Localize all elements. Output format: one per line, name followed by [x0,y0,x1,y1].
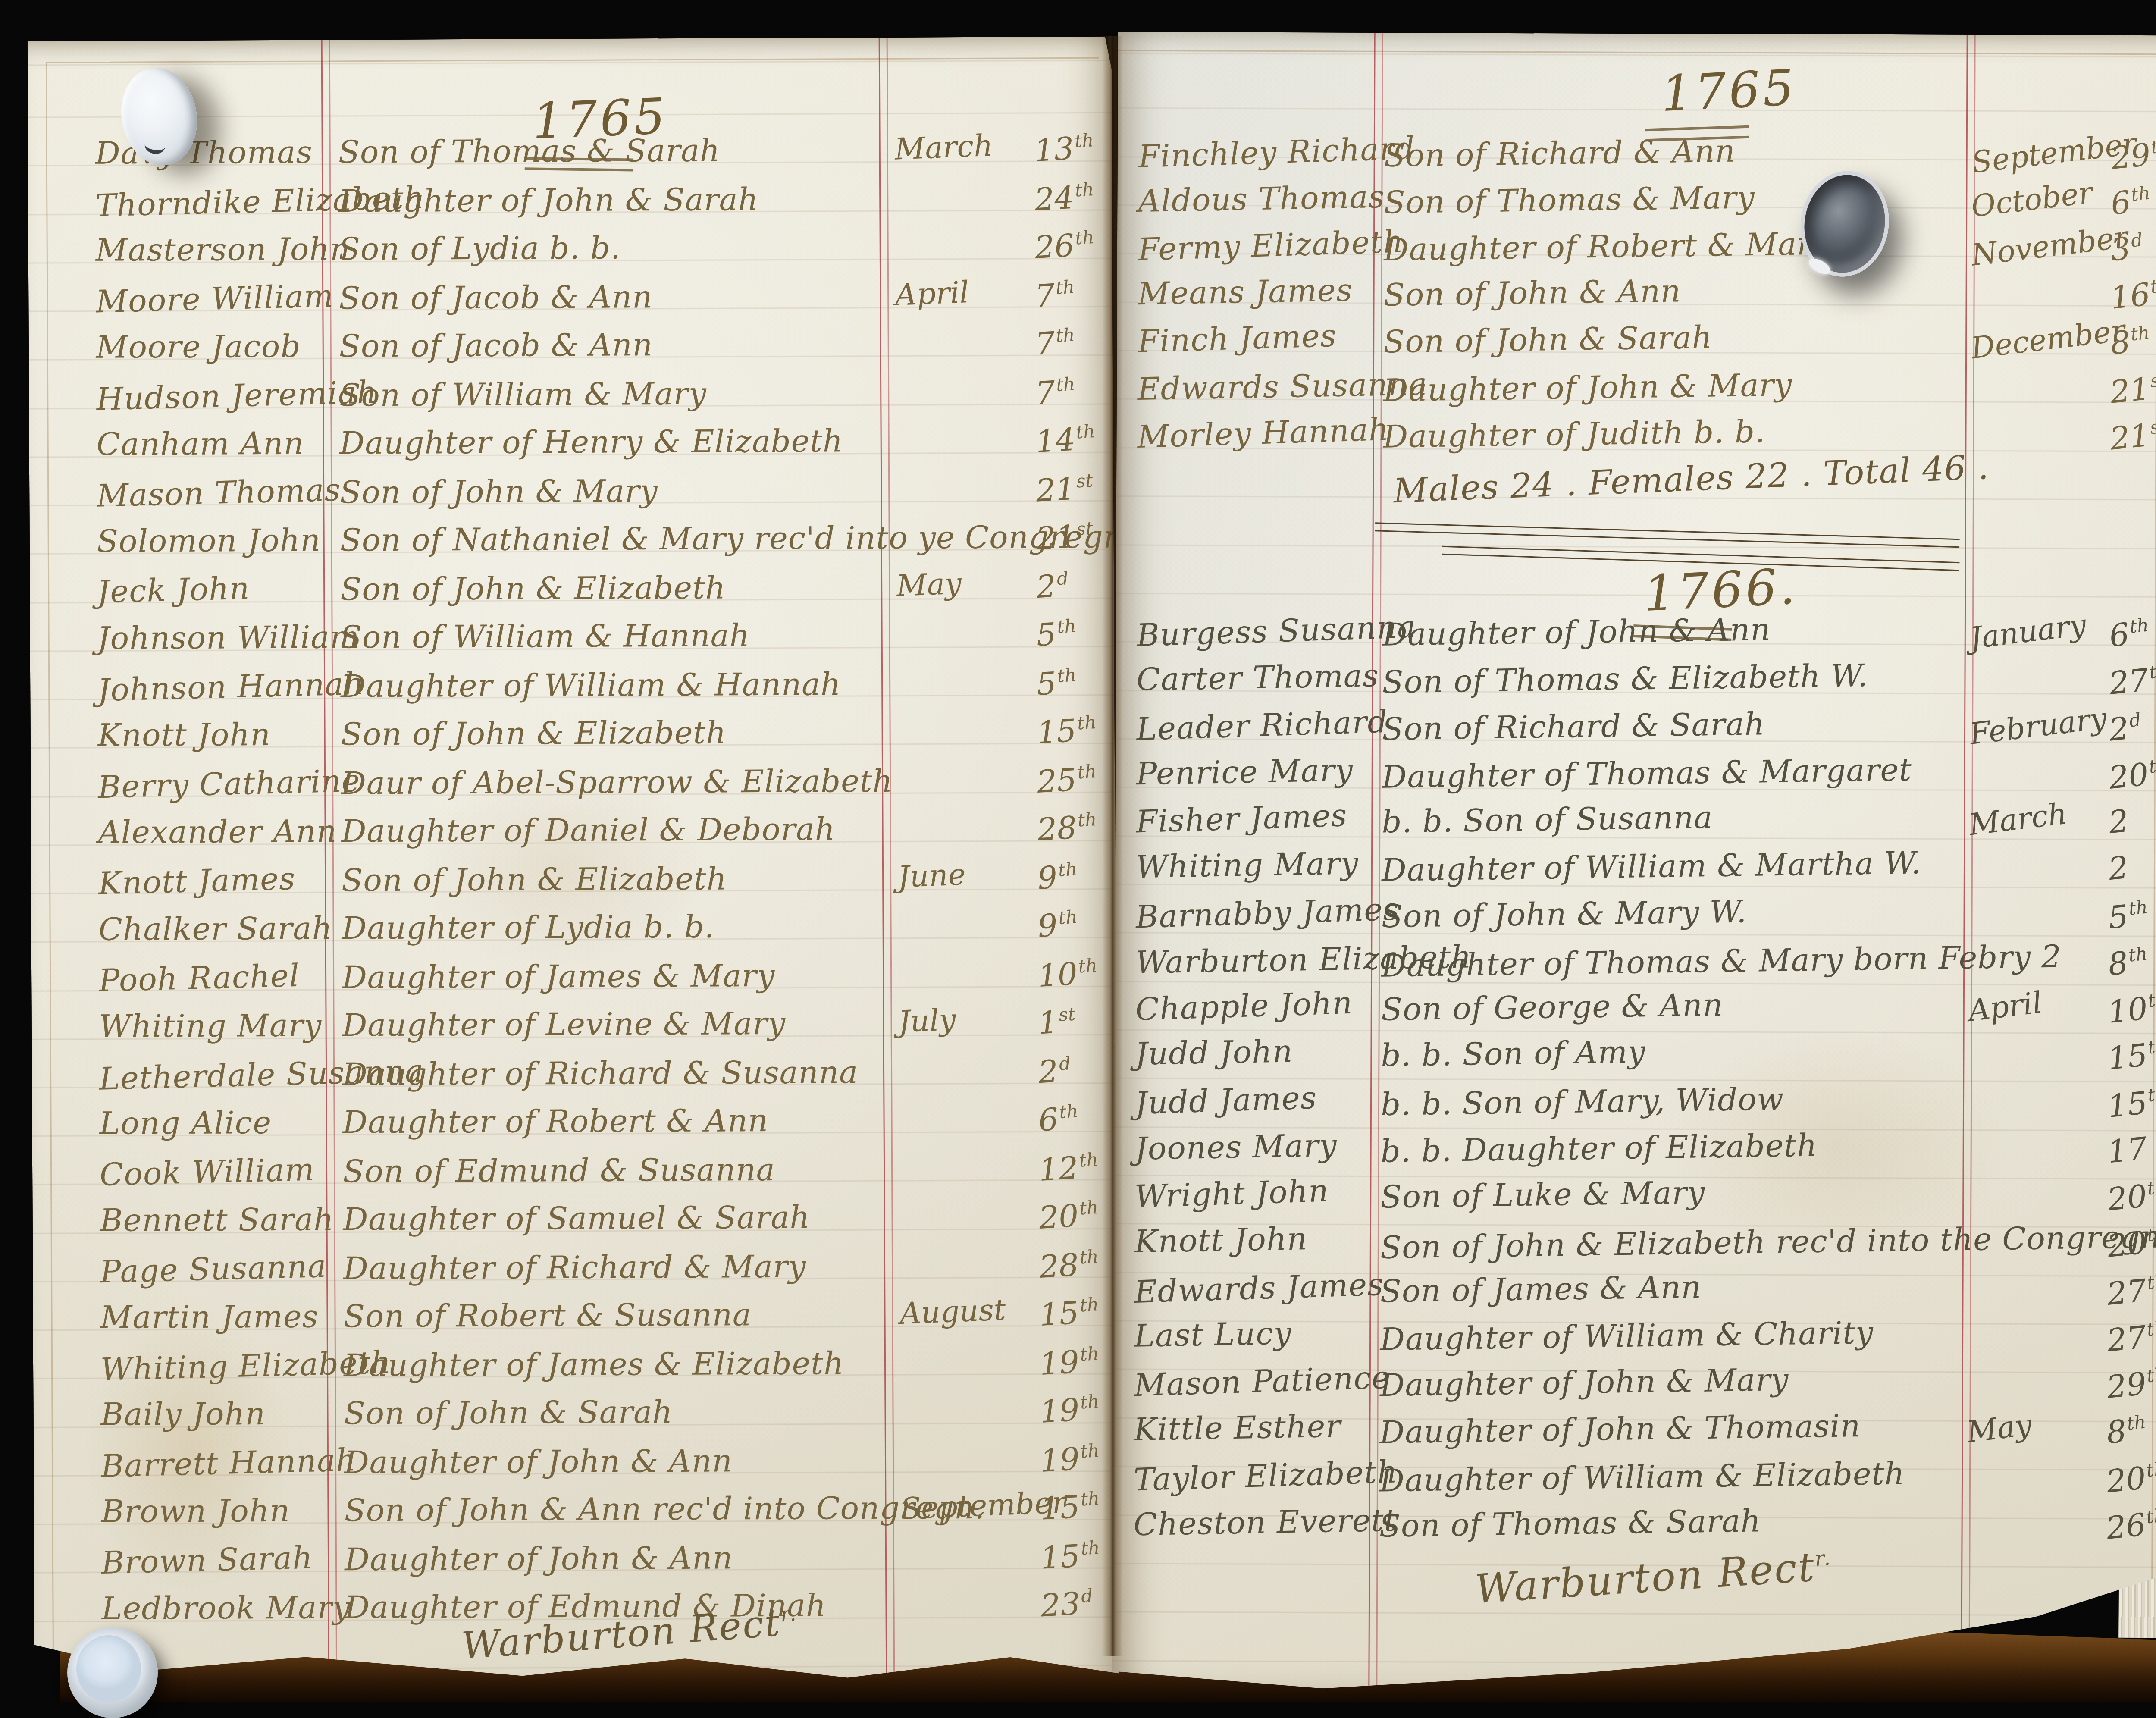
register-row: Leader Richard Son of Richard & Sarah Fe… [1116,706,2156,754]
entry-month: December [1969,315,2127,367]
register-row: Baily John Son of John & Sarah 19th [33,1392,1117,1441]
entry-name: Joones Mary [1134,1127,1338,1167]
entry-details: Son of John & Elizabeth rec'd into the C… [1380,1219,2156,1267]
register-row: Barnabby James Son of John & Mary W. 5th [1115,894,2156,942]
register-row: Alexander Ann Daughter of Daniel & Debor… [31,810,1115,859]
entry-month: April [895,276,970,313]
entry-name: Pooh Rachel [98,957,300,998]
entry-details: Son of John & Mary [340,473,658,510]
entry-name: Whiting Mary [1135,846,1359,886]
entry-name: Alexander Ann [98,813,337,850]
entry-day: 17 [2106,1130,2150,1170]
entry-day: 19th [1039,1342,1100,1382]
entry-name: Johnson Hannah [97,665,365,708]
entry-month: March [1968,798,2069,843]
entry-details: Daughter of William & Hannah [341,666,841,704]
entry-name: Taylor Elizabeth [1133,1453,1398,1498]
entry-details: Daughter of James & Mary [342,957,775,995]
register-row: Whiting Mary Daughter of William & Marth… [1115,847,2156,895]
register-row: Knott James Son of John & Elizabeth June… [31,859,1115,907]
entry-day: 24th [1034,178,1095,218]
entry-name: Barnabby James [1135,890,1400,935]
entry-day: 21st [1035,469,1094,508]
entry-name: Brown John [101,1493,290,1530]
entry-day: 6th [2108,614,2151,654]
entry-details: Daughter of John & Mary [1379,1362,1789,1404]
entry-name: Canham Ann [97,426,304,463]
entry-details: Son of John & Sarah [344,1394,673,1432]
register-row: Judd John b. b. Son of Amy 15th [1114,1035,2156,1082]
entry-day: 10th [2106,988,2156,1031]
entry-day: 5th [1036,664,1078,702]
entry-day: 2d [1037,1052,1072,1090]
entry-day: 6th [1037,1100,1079,1139]
entry-name: Solomon John [97,523,321,560]
entry-name: Moore William [95,277,334,320]
entry-name: Judd John [1135,1034,1294,1072]
entry-day: 19th [1039,1391,1100,1430]
entry-details: Son of Richard & Sarah [1382,705,1765,747]
entry-name: Mason Thomas [96,471,341,514]
entry-details: Son of Robert & Susanna [343,1297,752,1335]
register-row: Barrett Hannah Daughter of John & Ann 19… [34,1441,1118,1489]
entries-1765-left: Davy Thomas Son of Thomas & Sarah March … [28,37,1112,41]
register-photo: 1765 Davy Thomas Son of Thomas & Sarah M… [0,0,2156,1718]
entry-details: Son of John & Mary W. [1381,893,1747,934]
signature-superscript: r. [780,1601,798,1627]
register-row: Brown John Son of John & Ann rec'd into … [34,1489,1118,1538]
signature-text: Warburton Rect [1474,1544,1817,1613]
entry-details: Son of Thomas & Sarah [338,132,721,170]
entry-day: 10th [1037,954,1099,994]
register-row: Letherdale Susanna Daughter of Richard &… [32,1053,1116,1101]
register-row: Burgess Susanna Daughter of John & Ann J… [1116,613,2156,661]
rector-signature: Warburton Rectr. [1474,1543,1834,1614]
book-gutter-shadow [1102,36,1123,1656]
entry-details: Daughter of Robert & Mary [1383,226,1830,268]
entry-details: Son of Jacob & Ann [339,279,653,316]
white-cap [67,1627,158,1718]
entry-details: Daughter of Judith b. b. [1383,413,1765,455]
register-row: Means James Son of John & Ann 16th [1117,274,2156,322]
register-row: Moore Jacob Son of Jacob & Ann 7th [29,325,1113,374]
entry-month: May [896,567,962,603]
register-row: Canham Ann Daughter of Henry & Elizabeth… [29,422,1113,471]
entry-month: May [1965,1409,2034,1450]
entry-details: b. b. Son of Mary, Widow [1381,1081,1784,1122]
entry-details: Son of Jacob & Ann [339,327,653,364]
register-row: Taylor Elizabeth Daughter of William & E… [1113,1457,2156,1505]
entry-name: Ledbrook Mary [101,1589,351,1627]
entry-details: Daughter of John & Thomasin [1379,1408,1861,1452]
entry-name: Moore Jacob [96,329,301,366]
register-row: Finch James Son of John & Sarah December… [1117,321,2156,369]
entry-day: 13th [1033,129,1095,169]
entry-name: Wright John [1134,1173,1329,1215]
entry-details: Daughter of William & Martha W. [1381,845,1921,889]
entry-day: 7th [1034,276,1076,314]
entry-day: 20th [2106,1223,2156,1265]
entry-name: Chapple John [1135,985,1354,1028]
entry-day: 28th [1038,1245,1100,1285]
register-row: Mason Thomas Son of John & Mary 21st [29,470,1113,519]
register-row: Chalker Sarah Daughter of Lydia b. b. 9t… [31,907,1115,956]
entry-details: Daughter of Richard & Susanna [342,1054,858,1092]
entry-name: Morley Hannah [1137,411,1389,455]
entry-details: Daughter of John & Ann [1382,611,1771,653]
entry-name: Johnson William [97,619,360,657]
register-row: Pooh Rachel Daughter of James & Mary 10t… [31,956,1116,1004]
entry-name: Barrett Hannah [100,1442,357,1484]
entry-name: Berry Catharine [97,762,361,805]
register-row: Mason Patience Daughter of John & Mary 2… [1113,1363,2156,1411]
register-row: Knott John Son of John & Elizabeth 15th [30,713,1114,762]
register-row: Joones Mary b. b. Daughter of Elizabeth … [1114,1129,2156,1176]
entry-day: 15th [2106,1035,2156,1078]
entries-1766-right: Burgess Susanna Daughter of John & Ann J… [1118,32,2156,36]
entry-name: Last Lucy [1134,1315,1292,1354]
entry-day: 26th [1034,226,1095,266]
year-heading: 1765 [1660,59,1798,122]
entry-name: Carter Thomas [1136,658,1379,699]
entry-name: Judd James [1134,1079,1317,1121]
entry-name: Fermy Elizabeth [1138,224,1404,268]
entry-month: January [1968,609,2088,656]
entry-details: Son of Richard & Ann [1384,133,1736,174]
entry-day: 21st [2109,368,2156,410]
entry-day: 25th [1036,760,1098,800]
entry-details: Son of Edmund & Susanna [343,1151,775,1189]
entries-1765-right: Finchley Richard Son of Richard & Ann Se… [1118,32,2156,36]
entry-details: Son of Thomas & Sarah [1379,1503,1761,1544]
entry-day: 14th [1034,420,1096,460]
entry-day: 8th [2106,943,2150,983]
entry-details: Daughter of John & Sarah [338,181,758,219]
register-row: Morley Hannah Daughter of Judith b. b. 2… [1116,414,2156,462]
entry-name: Penrice Mary [1136,752,1354,792]
entry-name: Bennett Sarah [100,1201,334,1238]
entry-name: Baily John [100,1396,266,1433]
entry-details: Daughter of Henry & Elizabeth [340,423,843,461]
entry-name: Leader Richard [1136,703,1388,747]
entry-details: Daughter of Richard & Mary [343,1248,806,1286]
entry-day: 7th [1034,324,1076,363]
register-row: Aldous Thomas Son of Thomas & Mary Octob… [1117,181,2156,229]
entry-details: Son of John & Elizabeth [341,715,726,752]
entry-details: b. b. Son of Susanna [1382,799,1713,840]
register-row: Carter Thomas Son of Thomas & Elizabeth … [1116,660,2156,708]
left-page: 1765 Davy Thomas Son of Thomas & Sarah M… [28,37,1119,1695]
entry-day: 15th [1040,1536,1101,1576]
register-row: Finchley Richard Son of Richard & Ann Se… [1118,134,2156,182]
entry-day: 6th [2109,182,2153,223]
entry-name: Burgess Susanna [1136,609,1417,654]
entry-details: Son of John & Ann [1383,273,1681,314]
entry-details: Son of John & Ann rec'd into Congregn. [344,1490,985,1529]
entry-details: b. b. Son of Amy [1381,1034,1646,1074]
entry-name: Knott James [98,860,296,902]
register-row: Brown Sarah Daughter of John & Ann 15th [34,1538,1118,1586]
entry-details: Daughter of Lydia b. b. [342,909,714,947]
entry-name: Whiting Mary [99,1008,322,1045]
entry-month: November [1970,222,2130,274]
entry-day: 20th [2105,1458,2156,1500]
entry-name: Aldous Thomas [1138,179,1385,219]
entry-day: 8th [2105,1411,2148,1452]
entry-details: Son of Thomas & Mary [1384,180,1755,221]
entry-details: Son of John & Elizabeth [342,860,727,898]
entry-details: Son of Lydia b. b. [339,230,621,268]
register-row: Berry Catharine Daur of Abel-Sparrow & E… [31,762,1115,810]
entry-details: Son of John & Sarah [1383,320,1713,361]
entry-details: Son of Nathaniel & Mary rec'd into ye Co… [340,519,1134,558]
entry-name: Cook William [99,1151,315,1193]
entry-name: Masterson John [96,231,351,269]
entry-day: 20th [1038,1197,1100,1236]
entry-details: Son of William & Hannah [341,618,750,655]
signature-superscript: r. [1814,1546,1833,1571]
entry-day: 19th [1039,1439,1101,1479]
entry-details: Daughter of Thomas & Mary born Febry 2 [1381,938,2062,984]
register-row: Fisher James b. b. Son of Susanna March … [1115,800,2156,848]
entry-day: 26th [2105,1504,2156,1546]
entry-month: August [899,1294,1006,1332]
entry-details: Daughter of Daniel & Deborah [341,811,835,850]
register-row: Whiting Mary Daughter of Levine & Mary J… [31,1004,1116,1053]
entry-day: 16th [2109,275,2156,317]
entry-name: Hudson Jeremiah [96,374,378,417]
register-row: Cheston Everett Son of Thomas & Sarah 26… [1112,1504,2156,1552]
register-row: Chapple John Son of George & Ann April 1… [1115,988,2156,1036]
register-row: Last Lucy Daughter of William & Charity … [1113,1316,2156,1364]
entry-details: Daughter of William & Elizabeth [1379,1455,1905,1499]
section-divider [1375,522,1960,548]
entry-details: Son of George & Ann [1381,987,1723,1028]
register-row: Fermy Elizabeth Daughter of Robert & Mar… [1117,227,2156,275]
entry-name: Fisher James [1135,797,1348,840]
register-row: Jeck John Son of John & Elizabeth May 2d [30,567,1114,616]
register-row: Masterson John Son of Lydia b. b. 26th [28,228,1112,277]
right-page: 1765 Finchley Richard Son of Richard & A… [1112,32,2156,1691]
entry-name: Martin James [100,1299,319,1336]
entry-day: 15th [1039,1488,1101,1527]
register-row: Knott John Son of John & Elizabeth rec'd… [1114,1222,2156,1270]
register-row: Whiting Elizabeth Daughter of James & El… [33,1344,1117,1392]
entry-day: 15th [1038,1294,1100,1333]
entry-month: October [1970,177,2095,225]
entry-day: 5th [2107,896,2150,936]
entry-details: Daur of Abel-Sparrow & Elizabeth [341,762,893,801]
entry-name: Jeck John [97,570,250,610]
entry-day: 2d [2107,709,2143,748]
entry-day: 28th [1036,809,1098,848]
entry-day: 21st [1035,517,1094,557]
entry-name: Means James [1138,273,1353,313]
entry-details: Daughter of James & Elizabeth [344,1345,844,1383]
register-row: Thorndike Elizabeth Daughter of John & S… [28,179,1112,228]
register-row: Wright John Son of Luke & Mary 20th [1114,1176,2156,1223]
entry-month: June [897,858,966,894]
entry-details: Son of Thomas & Elizabeth W. [1382,658,1868,701]
entry-name: Chalker Sarah [98,910,332,947]
entry-details: Daughter of William & Charity [1380,1314,1874,1357]
entry-details: Daughter of Thomas & Margaret [1382,752,1912,795]
entry-details: Daughter of John & Ann [344,1442,733,1480]
register-row: Johnson William Son of William & Hannah … [30,616,1114,665]
entry-details: Daughter of John & Mary [1383,366,1792,408]
entry-name: Page Susanna [100,1248,327,1290]
entry-details: Son of James & Ann [1380,1269,1702,1309]
register-row: Page Susanna Daughter of Richard & Mary … [33,1247,1117,1295]
register-row: Bennett Sarah Daughter of Samuel & Sarah… [32,1198,1116,1247]
entry-day: 21st [2109,415,2156,457]
entry-day: 29th [2105,1364,2156,1406]
register-row: Judd James b. b. Son of Mary, Widow 15th [1114,1082,2156,1129]
entry-day: 2d [1035,567,1070,605]
entry-day: 5th [1035,615,1077,654]
entry-name: Kittle Esther [1134,1408,1341,1448]
entry-day: 9th [1037,858,1078,896]
entry-name: Brown Sarah [101,1539,313,1580]
register-row: Moore William Son of Jacob & Ann April 7… [28,276,1112,325]
register-row: Edwards James Son of James & Ann 27th [1113,1269,2156,1317]
entry-details: Daughter of Robert & Ann [342,1103,768,1141]
register-row: Johnson Hannah Daughter of William & Han… [30,665,1114,713]
entry-name: Knott John [1134,1221,1308,1260]
entry-day: 8th [2109,323,2152,363]
register-row: Cook William Son of Edmund & Susanna 12t… [32,1150,1116,1198]
entry-details: Son of Luke & Mary [1380,1175,1705,1216]
entry-day: 27th [2105,1317,2156,1359]
register-row: Warburton Elizabeth Daughter of Thomas &… [1115,941,2156,989]
entry-day: 27th [2106,1270,2156,1312]
entry-day: 2 [2107,803,2131,841]
entry-day: 23d [1040,1585,1094,1624]
entry-details: b. b. Daughter of Elizabeth [1380,1127,1818,1169]
entry-day: 29th [2109,135,2156,177]
entry-name: Long Alice [99,1105,272,1142]
entry-details: Daughter of Levine & Mary [342,1006,786,1044]
register-row: Edwards Susanna Daughter of John & Mary … [1117,367,2156,415]
entry-day: 15th [2106,1082,2156,1125]
register-row: Martin James Son of Robert & Susanna Aug… [33,1295,1117,1344]
entry-details: Son of William & Mary [339,375,707,413]
entry-day: 9th [1037,906,1078,945]
entry-details: Son of John & Elizabeth [340,569,726,607]
entry-day: 20th [2106,1176,2156,1218]
entry-day: 3d [2109,229,2145,269]
entry-month: February [1968,702,2109,751]
register-row: Hudson Jeremiah Son of William & Mary 7t… [29,373,1113,422]
entry-day: 2 [2107,850,2131,888]
entry-name: Mason Patience [1134,1360,1391,1404]
entry-name: Knott John [97,717,271,754]
register-row: Kittle Esther Daughter of John & Thomasi… [1113,1410,2156,1458]
entry-day: 20th [2107,754,2156,796]
entry-name: Finch James [1137,318,1337,361]
entry-name: Finchley Richard [1138,130,1416,175]
register-row: Solomon John Son of Nathaniel & Mary rec… [30,519,1114,568]
entry-name: Cheston Everett [1133,1502,1398,1543]
entry-details: Daughter of Samuel & Sarah [343,1200,810,1238]
entry-month: March [894,130,993,167]
entry-month: July [898,1004,956,1040]
entry-name: Edwards James [1134,1266,1384,1310]
entry-day: 12th [1038,1148,1100,1188]
entry-day: 1st [1037,1003,1077,1042]
entry-day: 27th [2108,660,2156,702]
register-row: Penrice Mary Daughter of Thomas & Margar… [1116,753,2156,801]
entry-month: April [1967,987,2044,1029]
entry-details: Daughter of John & Ann [345,1539,733,1577]
register-row: Long Alice Daughter of Robert & Ann 6th [32,1101,1116,1150]
entry-day: 15th [1036,712,1097,751]
entry-day: 7th [1034,373,1076,411]
